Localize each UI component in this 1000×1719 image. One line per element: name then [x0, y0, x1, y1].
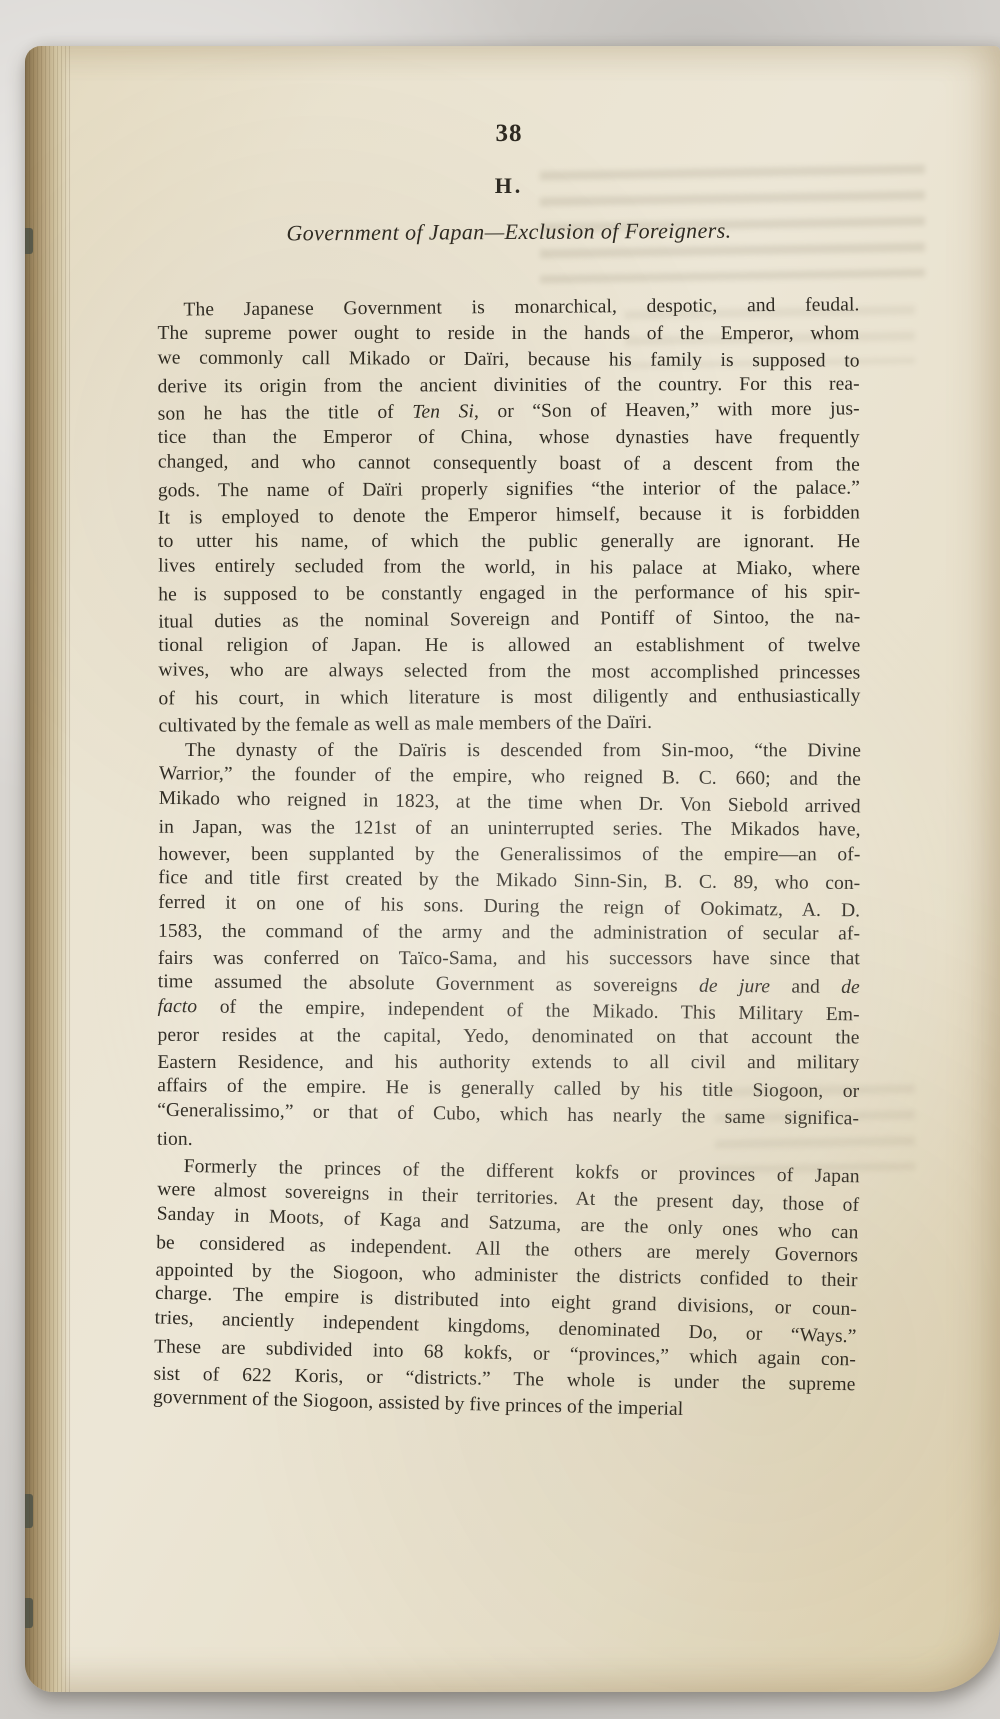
scanned-book-photo: 38 H. Government of Japan—Exclusion of F… [0, 0, 1000, 1719]
text-line: gods. The name of Daïri properly signifi… [158, 476, 860, 505]
page-edge-stack [25, 46, 71, 1692]
text-line: in Japan, was the 121st of an uninterrup… [159, 815, 861, 844]
text-line: tional religion of Japan. He is allowed … [158, 633, 860, 659]
text-line: itual duties as the nominal Sovereign an… [158, 604, 860, 635]
text-line: son he has the title of Ten Si, or “Son … [158, 396, 860, 427]
text-line: fairs was conferred on Taïco-Sama, and h… [158, 946, 860, 972]
paragraph-1: The Japanese Government is monarchical, … [157, 294, 860, 738]
chapter-title: Government of Japan—Exclusion of Foreign… [158, 217, 860, 247]
text-line: lives entirely secluded from the world, … [158, 553, 860, 582]
text-line: he is supposed to be constantly engaged … [158, 580, 860, 609]
text-line: 1583, the command of the army and the ad… [158, 919, 860, 948]
text-line: The Japanese Government is monarchical, … [157, 292, 859, 323]
cover-mark [25, 228, 33, 254]
text-line: tice than the Emperor of China, whose dy… [158, 425, 860, 451]
text-line: however, been supplanted by the Generali… [158, 842, 860, 868]
text-line: wives, who are always selected from the … [158, 657, 860, 686]
text-line: The dynasty of the Daïris is descended f… [159, 738, 861, 764]
book-page: 38 H. Government of Japan—Exclusion of F… [25, 46, 1000, 1692]
text-line: derive its origin from the ancient divin… [158, 372, 860, 401]
text-line: to utter his name, of which the public g… [158, 529, 860, 555]
section-heading: H. [158, 173, 860, 199]
cover-mark [25, 1598, 33, 1628]
text-line: The supreme power ought to reside in the… [158, 321, 860, 347]
text-line: of his court, in which literature is mos… [158, 684, 860, 713]
paragraph-3: Formerly the princes of the different ko… [153, 1152, 860, 1426]
text-line: cultivated by the female as well as male… [158, 708, 860, 739]
text-line: Eastern Residence, and his authority ext… [157, 1050, 859, 1076]
text-line: changed, and who cannot consequently boa… [158, 449, 860, 478]
text-line: we commonly call Mikado or Daïri, becaus… [158, 345, 860, 374]
page-number: 38 [158, 120, 860, 148]
text-line: peror resides at the capital, Yedo, deno… [157, 1023, 859, 1052]
text-line: tion. [157, 1127, 859, 1156]
cover-mark [25, 1494, 33, 1528]
paragraph-2: The dynasty of the Daïris is descended f… [157, 736, 861, 1156]
text-line: It is employed to denote the Emperor him… [158, 500, 860, 531]
page-content: 38 H. Government of Japan—Exclusion of F… [158, 46, 860, 1413]
